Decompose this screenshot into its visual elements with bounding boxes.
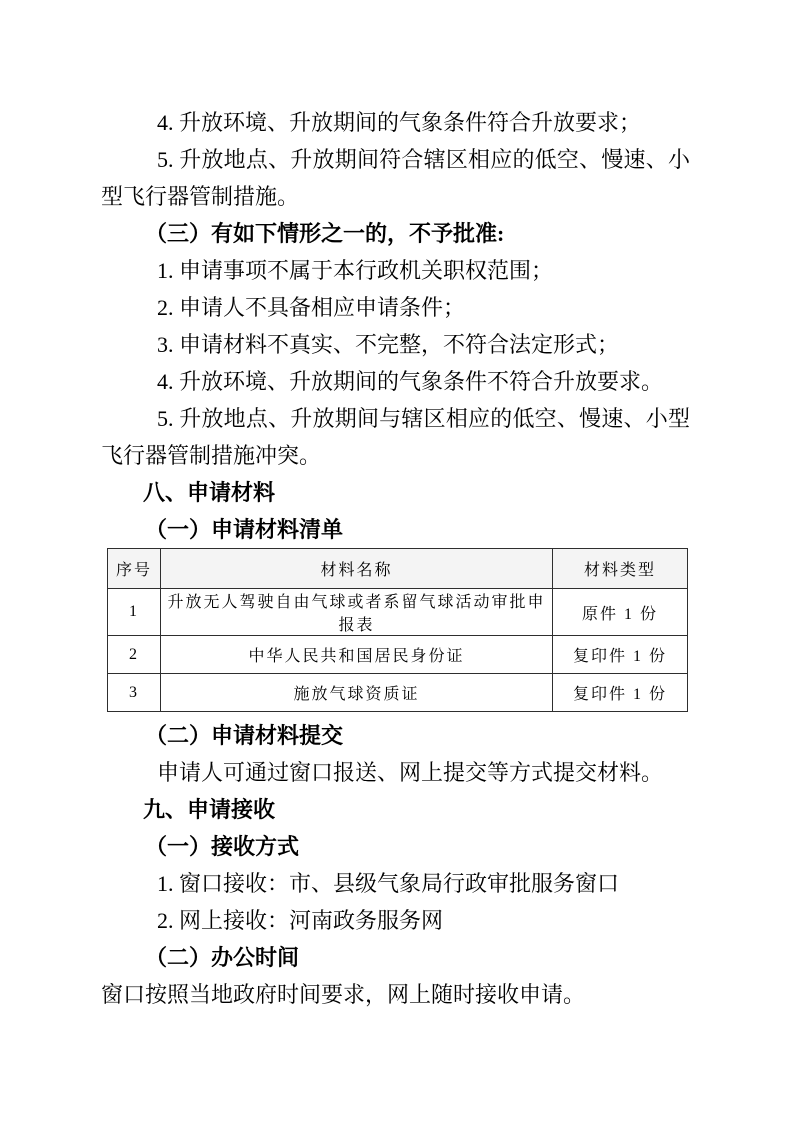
cell-row3-type: 复印件 1 份 xyxy=(553,674,688,712)
document-body: 4. 升放环境、升放期间的气象条件符合升放要求； 5. 升放地点、升放期间符合辖… xyxy=(101,104,690,1013)
item-approve-cond-4: 4. 升放环境、升放期间的气象条件符合升放要求； xyxy=(101,104,690,141)
cell-row1-type: 原件 1 份 xyxy=(553,589,688,636)
heading-materials-list: （一）申请材料清单 xyxy=(101,511,690,548)
cell-row2-name: 中华人民共和国居民身份证 xyxy=(161,636,553,674)
para-office-hours: 窗口按照当地政府时间要求，网上随时接收申请。 xyxy=(101,976,690,1013)
material-row-3: 3 施放气球资质证 复印件 1 份 xyxy=(108,674,688,712)
item-deny-4: 4. 升放环境、升放期间的气象条件不符合升放要求。 xyxy=(101,363,690,400)
cell-row3-index: 3 xyxy=(108,674,161,712)
cell-row2-type: 复印件 1 份 xyxy=(553,636,688,674)
item-deny-5: 5. 升放地点、升放期间与辖区相应的低空、慢速、小型飞行器管制措施冲突。 xyxy=(101,400,690,474)
cell-row2-index: 2 xyxy=(108,636,161,674)
item-deny-2: 2. 申请人不具备相应申请条件； xyxy=(101,289,690,326)
materials-table: 序号 材料名称 材料类型 1 升放无人驾驶自由气球或者系留气球活动审批申报表 原… xyxy=(107,548,688,712)
item-approve-cond-5: 5. 升放地点、升放期间符合辖区相应的低空、慢速、小型飞行器管制措施。 xyxy=(101,141,690,215)
heading-materials-submit: （二）申请材料提交 xyxy=(101,717,690,754)
cell-row1-name: 升放无人驾驶自由气球或者系留气球活动审批申报表 xyxy=(161,589,553,636)
material-row-1: 1 升放无人驾驶自由气球或者系留气球活动审批申报表 原件 1 份 xyxy=(108,589,688,636)
heading-section-9-apply-receive: 九、申请接收 xyxy=(101,791,690,828)
material-row-2: 2 中华人民共和国居民身份证 复印件 1 份 xyxy=(108,636,688,674)
heading-no-approval: （三）有如下情形之一的，不予批准: xyxy=(101,215,690,252)
materials-table-header-row: 序号 材料名称 材料类型 xyxy=(108,549,688,589)
item-receive-window: 1. 窗口接收：市、县级气象局行政审批服务窗口 xyxy=(101,865,690,902)
heading-section-8-apply-materials: 八、申请材料 xyxy=(101,474,690,511)
heading-office-hours: （二）办公时间 xyxy=(101,939,690,976)
item-deny-1: 1. 申请事项不属于本行政机关职权范围； xyxy=(101,252,690,289)
item-deny-3: 3. 申请材料不真实、不完整，不符合法定形式； xyxy=(101,326,690,363)
para-submit-methods: 申请人可通过窗口报送、网上提交等方式提交材料。 xyxy=(101,754,690,791)
document-page: 4. 升放环境、升放期间的气象条件符合升放要求； 5. 升放地点、升放期间符合辖… xyxy=(0,0,793,1122)
header-cell-index: 序号 xyxy=(108,549,161,589)
cell-row1-index: 1 xyxy=(108,589,161,636)
header-cell-material-name: 材料名称 xyxy=(161,549,553,589)
item-receive-online: 2. 网上接收：河南政务服务网 xyxy=(101,902,690,939)
cell-row3-name: 施放气球资质证 xyxy=(161,674,553,712)
heading-receive-method: （一）接收方式 xyxy=(101,828,690,865)
header-cell-material-type: 材料类型 xyxy=(553,549,688,589)
